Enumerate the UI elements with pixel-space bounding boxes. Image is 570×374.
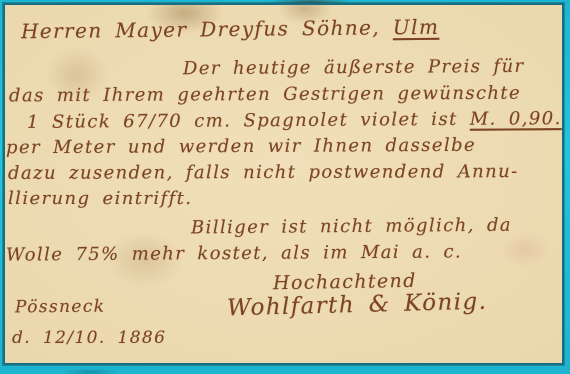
price-underlined: M. 0,90. <box>470 108 562 130</box>
addressee-line: Herren Mayer Dreyfus Söhne, Ulm <box>21 15 439 43</box>
price-line-text: 1 Stück 67/70 cm. Spagnolet violet ist <box>27 109 470 133</box>
postcard-paper: Herren Mayer Dreyfus Söhne, Ulm Der heut… <box>5 5 562 363</box>
body-line-5: dazu zusenden, falls nicht postwendend A… <box>8 161 519 184</box>
addressee-city-underlined: Ulm <box>393 15 440 39</box>
addressee-text: Herren Mayer Dreyfus Söhne, <box>21 15 393 43</box>
body-line-2: das mit Ihrem geehrten Gestrigen gewünsc… <box>9 83 521 107</box>
signature: Wohlfarth & König. <box>227 289 488 322</box>
body-line-1: Der heutige äußerste Preis für <box>183 56 525 79</box>
postcard-scan: Herren Mayer Dreyfus Söhne, Ulm Der heut… <box>0 0 570 374</box>
date-line: d. 12/10. 1886 <box>12 328 166 348</box>
body-line-3: 1 Stück 67/70 cm. Spagnolet violet ist M… <box>27 108 562 133</box>
place-name: Pössneck <box>15 297 106 318</box>
body-line-6: llierung eintrifft. <box>8 188 192 209</box>
body-line-4: per Meter und werden wir Ihnen dasselbe <box>6 135 476 158</box>
body-line-7: Billiger ist nicht möglich, da <box>191 215 512 239</box>
body-line-8: Wolle 75% mehr kostet, als im Mai a. c. <box>6 241 462 265</box>
